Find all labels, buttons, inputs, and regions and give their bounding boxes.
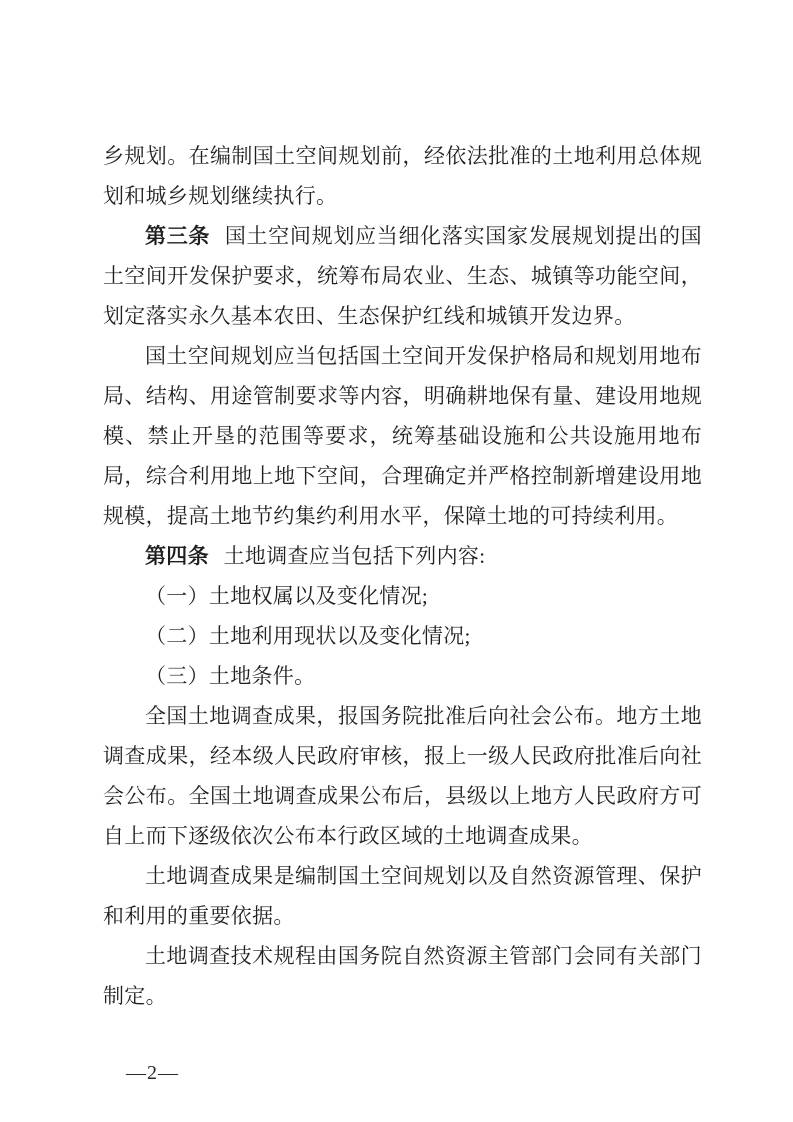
paragraph-survey-basis: 土地调查成果是编制国土空间规划以及自然资源管理、保护和利用的重要依据。 xyxy=(103,856,702,936)
paragraph-article-3: 第三条国土空间规划应当细化落实国家发展规划提出的国土空间开发保护要求，统筹布局农… xyxy=(103,216,702,336)
paragraph-survey-regulations: 土地调查技术规程由国务院自然资源主管部门会同有关部门制定。 xyxy=(103,936,702,1016)
page-number: —2— xyxy=(126,1062,179,1085)
article-4-number: 第四条 xyxy=(145,544,209,568)
document-page: 乡规划。在编制国土空间规划前，经依法批准的土地利用总体规划和城乡规划继续执行。 … xyxy=(0,0,793,1122)
paragraph-survey-publication: 全国土地调查成果，报国务院批准后向社会公布。地方土地调查成果，经本级人民政府审核… xyxy=(103,696,702,856)
article-3-number: 第三条 xyxy=(145,224,210,248)
list-item-3: （三）土地条件。 xyxy=(103,656,702,696)
list-item-2: （二）土地利用现状以及变化情况; xyxy=(103,616,702,656)
document-text-block: 乡规划。在编制国土空间规划前，经依法批准的土地利用总体规划和城乡规划继续执行。 … xyxy=(103,136,702,1016)
list-item-1: （一）土地权属以及变化情况; xyxy=(103,576,702,616)
paragraph-planning-contents: 国土空间规划应当包括国土空间开发保护格局和规划用地布局、结构、用途管制要求等内容… xyxy=(103,336,702,536)
article-4-text: 土地调查应当包括下列内容: xyxy=(224,544,486,568)
paragraph-continuation: 乡规划。在编制国土空间规划前，经依法批准的土地利用总体规划和城乡规划继续执行。 xyxy=(103,136,702,216)
paragraph-article-4: 第四条土地调查应当包括下列内容: xyxy=(103,536,702,576)
